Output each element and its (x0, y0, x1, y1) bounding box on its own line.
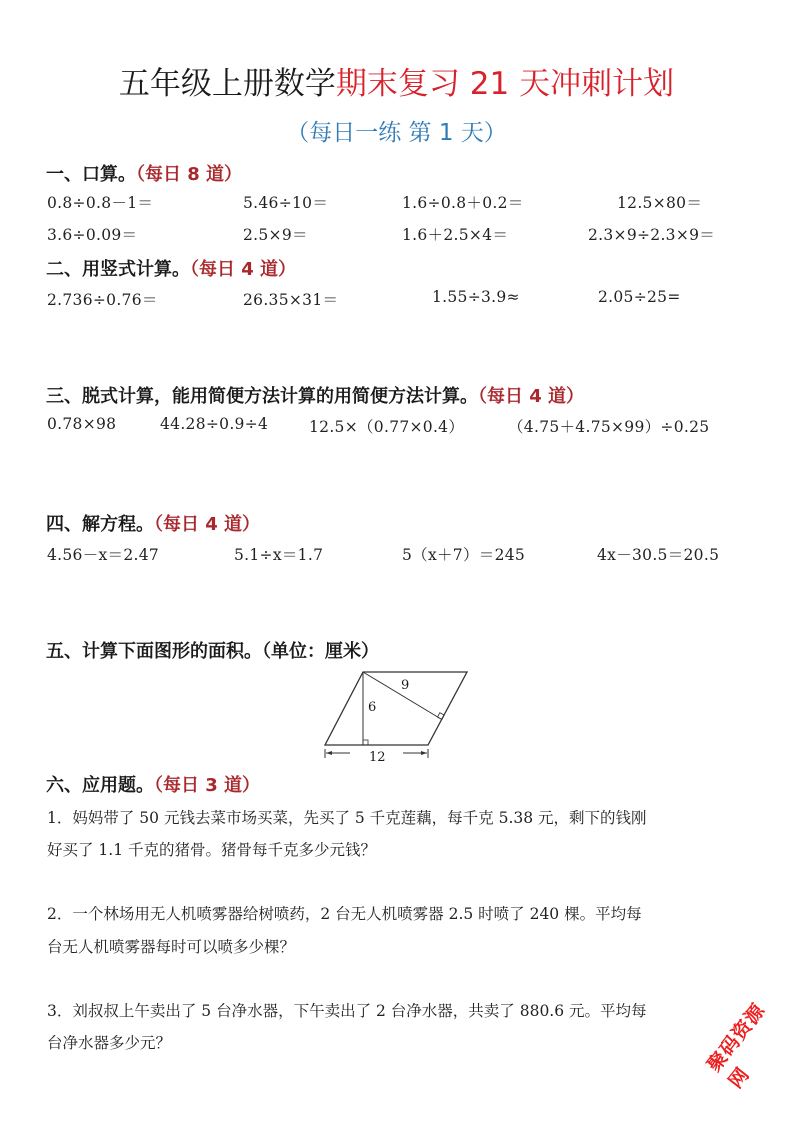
word-problem-3-line-2: 台净水器多少元？ (47, 1031, 171, 1053)
daily-count-tag: （每日 4 道） (478, 386, 584, 407)
word-problem-3-line-1: 3．刘叔叔上午卖出了 5 台净水器，下午卖出了 2 台净水器，共卖了 880.6… (47, 999, 647, 1021)
word-problem-2-line-2: 台无人机喷雾器每时可以喷多少棵？ (47, 935, 295, 957)
vertical-calc-item: 1.55÷3.9≈ (432, 288, 520, 306)
section-5-heading: 五、计算下面图形的面积。（单位：厘米） (46, 637, 379, 663)
section-heading-text: 六、应用题。 (46, 775, 154, 796)
mental-math-item: 0.8÷0.8－1＝ (47, 191, 153, 213)
daily-count-tag: （每日 4 道） (190, 259, 296, 280)
word-problem-1-line-1: 1．妈妈带了 50 元钱去菜市场买菜，先买了 5 千克莲藕，每千克 5.38 元… (47, 806, 647, 828)
section-heading-text: 一、口算。 (46, 164, 136, 185)
height-label: 6 (368, 700, 376, 715)
other-height-label: 9 (401, 678, 409, 693)
mental-math-item: 1.6＋2.5×4＝ (402, 223, 508, 245)
section-heading-text: 三、脱式计算，能用简便方法计算的用简便方法计算。 (46, 386, 478, 407)
equation-item: 5.1÷x＝1.7 (234, 543, 323, 565)
step-calc-item: 0.78×98 (47, 415, 116, 433)
mental-math-item: 12.5×80＝ (617, 191, 702, 213)
vertical-calc-item: 26.35×31＝ (243, 288, 338, 310)
word-problem-1-line-2: 好买了 1.1 千克的猪骨。猪骨每千克多少元钱？ (47, 838, 376, 860)
section-4-heading: 四、解方程。（每日 4 道） (46, 510, 260, 536)
word-problem-2-line-1: 2．一个林场用无人机喷雾器给树喷药，2 台无人机喷雾器 2.5 时喷了 240 … (47, 902, 642, 924)
base-label: 12 (369, 750, 386, 765)
section-1-heading: 一、口算。（每日 8 道） (46, 160, 242, 186)
equation-item: 4x－30.5＝20.5 (597, 543, 719, 565)
step-calc-item: 12.5×（0.77×0.4） (309, 415, 464, 437)
step-calc-item: （4.75＋4.75×99）÷0.25 (508, 415, 709, 437)
page-subtitle: （每日一练 第 1 天） (0, 114, 793, 147)
vertical-calc-item: 2.05÷25= (598, 288, 681, 306)
section-3-heading: 三、脱式计算，能用简便方法计算的用简便方法计算。（每日 4 道） (46, 382, 584, 408)
equation-item: 4.56－x＝2.47 (47, 543, 159, 565)
section-heading-text: 二、用竖式计算。 (46, 259, 190, 280)
section-heading-text: 四、解方程。 (46, 514, 154, 535)
step-calc-item: 44.28÷0.9÷4 (160, 415, 268, 433)
mental-math-item: 2.5×9＝ (243, 223, 308, 245)
watermark-text: 聚码资源网 (700, 987, 793, 1094)
parallelogram-diagram (318, 664, 478, 764)
equation-item: 5（x＋7）＝245 (402, 543, 525, 565)
title-black-part: 五年级上册数学 (119, 66, 336, 102)
parallelogram-figure: 12 6 9 (318, 664, 478, 764)
mental-math-item: 5.46÷10＝ (243, 191, 328, 213)
mental-math-item: 3.6÷0.09＝ (47, 223, 137, 245)
page-title: 五年级上册数学期末复习 21 天冲刺计划 (0, 58, 793, 103)
daily-count-tag: （每日 8 道） (136, 164, 242, 185)
daily-count-tag: （每日 3 道） (154, 775, 260, 796)
daily-count-tag: （每日 4 道） (154, 514, 260, 535)
mental-math-item: 1.6÷0.8＋0.2＝ (402, 191, 524, 213)
vertical-calc-item: 2.736÷0.76＝ (47, 288, 158, 310)
section-2-heading: 二、用竖式计算。（每日 4 道） (46, 255, 296, 281)
mental-math-item: 2.3×9÷2.3×9＝ (588, 223, 715, 245)
section-heading-text: 五、计算下面图形的面积。（单位：厘米） (46, 641, 379, 662)
section-6-heading: 六、应用题。（每日 3 道） (46, 771, 260, 797)
title-red-part: 期末复习 21 天冲刺计划 (336, 66, 674, 102)
